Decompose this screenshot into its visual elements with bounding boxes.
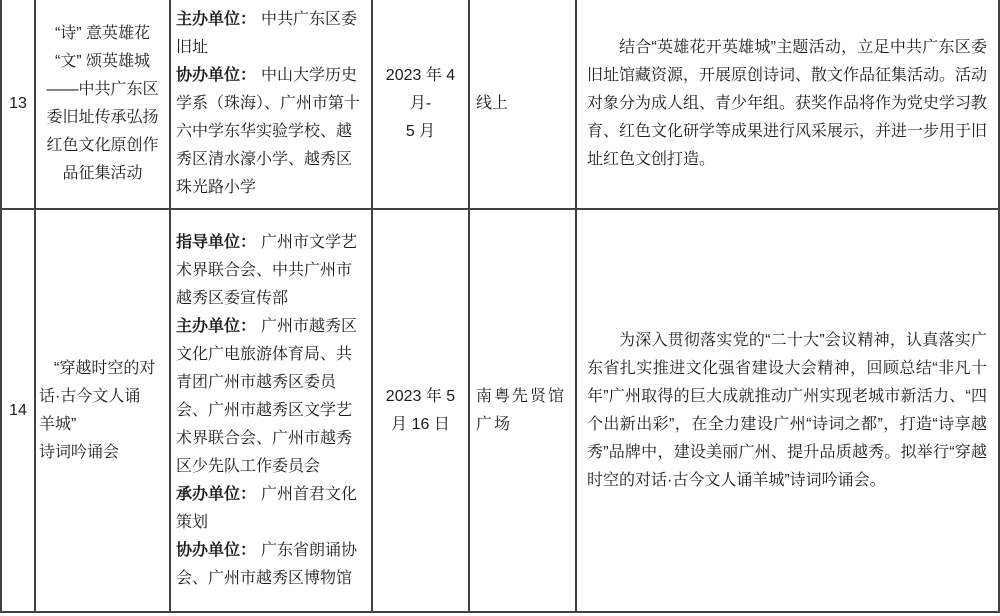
organizers-cell: 主办单位：中共广东区委旧址协办单位：中山大学历史学系（珠海）、广州市第十六中学东… — [171, 0, 373, 208]
description-cell: 结合“英雄花开英雄城”主题活动，立足中共广东区委旧址馆藏资源，开展原创诗词、散文… — [577, 0, 1000, 208]
text-line: 羊城” — [39, 411, 169, 439]
text-line: 南粤先贤馆 — [476, 383, 575, 411]
text-line: “穿越时空的对 — [39, 355, 169, 383]
table-row-14: 14 “穿越时空的对话·古今文人诵羊城”诗词吟诵会 指导单位：广州市文学艺术界联… — [2, 210, 1000, 613]
activity-location: 线上 — [476, 90, 575, 118]
row-number-cell: 14 — [2, 210, 36, 611]
activities-table: 13 “诗” 意英雄花“文” 颂英雄城——中共广东区委旧址传承弘扬红色文化原创作… — [0, 0, 1000, 613]
activity-description: 为深入贯彻落实党的“二十大”会议精神，认真落实广东省扎实推进文化强省建设大会精神… — [587, 327, 987, 495]
date-cell: 2023 年 4月-5 月 — [373, 0, 470, 208]
text-line: 诗词吟诵会 — [39, 439, 169, 467]
row-number-cell: 13 — [2, 0, 36, 208]
organizer-role-label: 协办单位： — [176, 542, 256, 559]
text-line: 月- — [373, 90, 468, 118]
table-row-13: 13 “诗” 意英雄花“文” 颂英雄城——中共广东区委旧址传承弘扬红色文化原创作… — [2, 0, 1000, 210]
location-cell: 线上 — [470, 0, 577, 208]
organizer-segment: 主办单位：广州市越秀区文化广电旅游体育局、共青团广州市越秀区委员会、广州市越秀区… — [176, 313, 365, 481]
row-number: 14 — [9, 397, 27, 425]
activity-date: 2023 年 5月 16 日 — [373, 383, 468, 439]
text-line: 2023 年 4 — [373, 62, 468, 90]
location-cell: 南粤先贤馆广场 — [470, 210, 577, 611]
organizer-role-label: 主办单位： — [176, 11, 256, 28]
organizer-role-label: 指导单位： — [176, 234, 256, 251]
text-line: 品征集活动 — [36, 160, 169, 188]
activity-description: 结合“英雄花开英雄城”主题活动，立足中共广东区委旧址馆藏资源，开展原创诗词、散文… — [587, 34, 987, 174]
text-line: 广场 — [476, 411, 575, 439]
activity-title: “穿越时空的对话·古今文人诵羊城”诗词吟诵会 — [39, 355, 169, 467]
activity-name-cell: “诗” 意英雄花“文” 颂英雄城——中共广东区委旧址传承弘扬红色文化原创作品征集… — [36, 0, 171, 208]
text-line: 5 月 — [373, 118, 468, 146]
document-page: 13 “诗” 意英雄花“文” 颂英雄城——中共广东区委旧址传承弘扬红色文化原创作… — [0, 0, 1000, 616]
organizer-names: 中山大学历史学系（珠海）、广州市第十六中学东华实验学校、越秀区清水濠小学、越秀区… — [176, 67, 360, 196]
text-line: 红色文化原创作 — [36, 132, 169, 160]
text-line: 话·古今文人诵 — [39, 383, 169, 411]
text-line: ——中共广东区 — [36, 76, 169, 104]
organizers-cell: 指导单位：广州市文学艺术界联合会、中共广州市越秀区委宣传部主办单位：广州市越秀区… — [171, 210, 373, 611]
organizer-segment: 承办单位：广州首君文化策划 — [176, 481, 365, 537]
text-line: 线上 — [476, 90, 575, 118]
date-cell: 2023 年 5月 16 日 — [373, 210, 470, 611]
text-line: “文” 颂英雄城 — [36, 48, 169, 76]
activity-name-cell: “穿越时空的对话·古今文人诵羊城”诗词吟诵会 — [36, 210, 171, 611]
organizer-segment: 协办单位：广东省朗诵协会、广州市越秀区博物馆 — [176, 537, 365, 593]
organizer-role-label: 承办单位： — [176, 486, 256, 503]
activity-location: 南粤先贤馆广场 — [476, 383, 575, 439]
text-line: “诗” 意英雄花 — [36, 20, 169, 48]
organizer-segment: 协办单位：中山大学历史学系（珠海）、广州市第十六中学东华实验学校、越秀区清水濠小… — [176, 62, 365, 202]
organizer-role-label: 协办单位： — [176, 67, 256, 84]
text-line: 月 16 日 — [373, 411, 468, 439]
row-number: 13 — [9, 90, 27, 118]
text-line: 2023 年 5 — [373, 383, 468, 411]
activity-date: 2023 年 4月-5 月 — [373, 62, 468, 146]
activity-title: “诗” 意英雄花“文” 颂英雄城——中共广东区委旧址传承弘扬红色文化原创作品征集… — [36, 20, 169, 188]
text-line: 委旧址传承弘扬 — [36, 104, 169, 132]
organizer-role-label: 主办单位： — [176, 318, 256, 335]
organizer-names: 广州市越秀区文化广电旅游体育局、共青团广州市越秀区委员会、广州市越秀区文学艺术界… — [176, 318, 357, 475]
organizer-segment: 指导单位：广州市文学艺术界联合会、中共广州市越秀区委宣传部 — [176, 229, 365, 313]
organizers-text: 主办单位：中共广东区委旧址协办单位：中山大学历史学系（珠海）、广州市第十六中学东… — [176, 6, 365, 202]
organizers-text: 指导单位：广州市文学艺术界联合会、中共广州市越秀区委宣传部主办单位：广州市越秀区… — [176, 229, 365, 593]
organizer-segment: 主办单位：中共广东区委旧址 — [176, 6, 365, 62]
description-cell: 为深入贯彻落实党的“二十大”会议精神，认真落实广东省扎实推进文化强省建设大会精神… — [577, 210, 1000, 611]
